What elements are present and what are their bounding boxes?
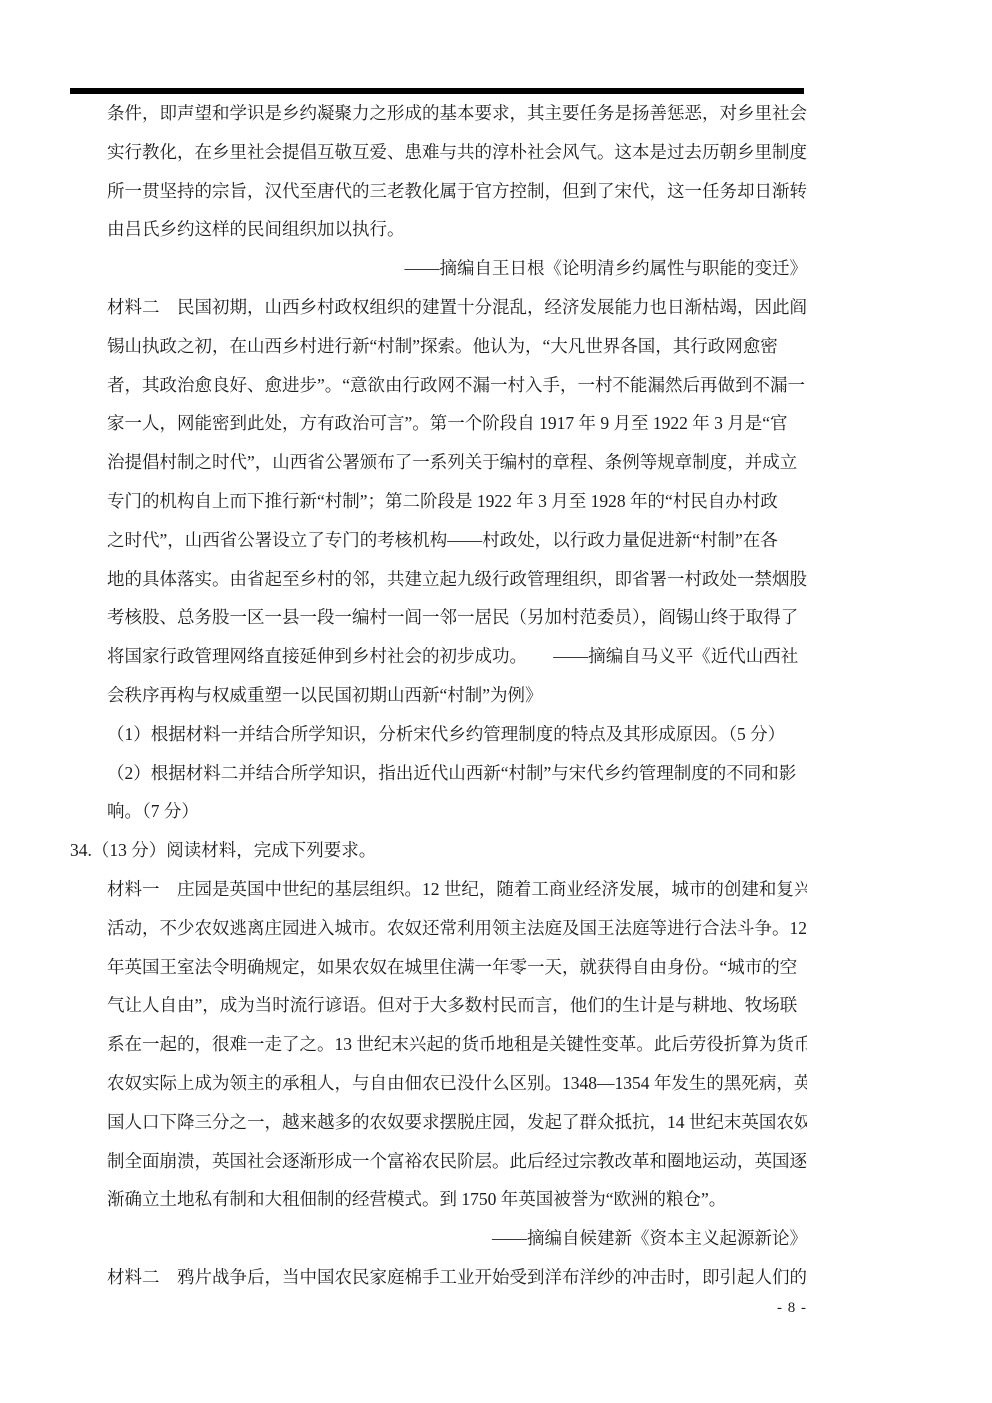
text-line: 制全面崩溃，英国社会逐渐形成一个富裕农民阶层。此后经过宗教改革和圈地运动，英国逐 — [107, 1142, 807, 1181]
text-line: 锡山执政之初，在山西乡村进行新“村制”探索。他认为，“大凡世界各国，其行政网愈密 — [107, 327, 807, 366]
text-line: 材料二 民国初期，山西乡村政权组织的建置十分混乱，经济发展能力也日渐枯竭，因此阎 — [107, 288, 807, 327]
text-line: 实行教化，在乡里社会提倡互敬互爱、患难与共的淳朴社会风气。这本是过去历朝乡里制度 — [107, 133, 807, 172]
text-line: 地的具体落实。由省起至乡村的邻，共建立起九级行政管理组织，即省署一村政处一禁烟股… — [107, 560, 807, 599]
text-line: 之时代”，山西省公署设立了专门的考核机构——村政处，以行政力量促进新“村制”在各 — [107, 521, 807, 560]
text-line: 系在一起的，很难一走了之。13 世纪末兴起的货币地租是关键性变革。此后劳役折算为… — [107, 1025, 807, 1064]
text-line: 材料一 庄园是英国中世纪的基层组织。12 世纪，随着工商业经济发展，城市的创建和… — [107, 870, 807, 909]
document-page: 条件，即声望和学识是乡约凝聚力之形成的基本要求，其主要任务是扬善惩恶，对乡里社会… — [0, 0, 992, 1403]
text-line: 农奴实际上成为领主的承租人，与自由佃农已没什么区别。1348—1354 年发生的… — [107, 1064, 807, 1103]
text-line: 材料二 鸦片战争后，当中国农民家庭棉手工业开始受到洋布洋纱的冲击时，即引起人们的 — [107, 1258, 807, 1297]
text-line: ——摘编自王日根《论明清乡约属性与职能的变迁》 — [107, 249, 807, 288]
text-line: （2）根据材料二并结合所学知识，指出近代山西新“村制”与宋代乡约管理制度的不同和… — [107, 754, 807, 793]
text-line: 家一人，网能密到此处，方有政治可言”。第一个阶段自 1917 年 9 月至 19… — [107, 404, 807, 443]
text-line: 专门的机构自上而下推行新“村制”；第二阶段是 1922 年 3 月至 1928 … — [107, 482, 807, 521]
text-line: 年英国王室法令明确规定，如果农奴在城里住满一年零一天，就获得自由身份。“城市的空 — [107, 948, 807, 987]
text-line: 国人口下降三分之一，越来越多的农奴要求摆脱庄园，发起了群众抵抗，14 世纪末英国… — [107, 1103, 807, 1142]
text-line: 考核股、总务股一区一县一段一编村一闾一邻一居民（另加村范委员），阎锡山终于取得了 — [107, 598, 807, 637]
text-line: 治提倡村制之时代”，山西省公署颁布了一系列关于编村的章程、条例等规章制度，并成立 — [107, 443, 807, 482]
text-line: （1）根据材料一并结合所学知识，分析宋代乡约管理制度的特点及其形成原因。（5 分… — [107, 715, 807, 754]
text-line: 者，其政治愈良好、愈进步”。“意欲由行政网不漏一村入手，一村不能漏然后再做到不漏… — [107, 366, 807, 405]
text-line: 34.（13 分）阅读材料，完成下列要求。 — [70, 831, 807, 870]
text-line: 将国家行政管理网络直接延伸到乡村社会的初步成功。 ——摘编自马义平《近代山西社 — [107, 637, 807, 676]
text-line: 渐确立土地私有制和大租佃制的经营模式。到 1750 年英国被誉为“欧洲的粮仓”。 — [107, 1180, 807, 1219]
page-number: - 8 - — [70, 1300, 807, 1317]
text-line: 会秩序再构与权威重塑一以民国初期山西新“村制”为例》 — [107, 676, 807, 715]
text-line: 气让人自由”，成为当时流行谚语。但对于大多数村民而言，他们的生计是与耕地、牧场联 — [107, 986, 807, 1025]
text-line: 条件，即声望和学识是乡约凝聚力之形成的基本要求，其主要任务是扬善惩恶，对乡里社会 — [107, 94, 807, 133]
text-line: 所一贯坚持的宗旨，汉代至唐代的三老教化属于官方控制，但到了宋代，这一任务却日渐转 — [107, 172, 807, 211]
text-line: 响。（7 分） — [107, 792, 807, 831]
text-line: 由吕氏乡约这样的民间组织加以执行。 — [107, 210, 807, 249]
text-line: 活动，不少农奴逃离庄园进入城市。农奴还常利用领主法庭及国王法庭等进行合法斗争。1… — [107, 909, 807, 948]
text-line: ——摘编自候建新《资本主义起源新论》 — [107, 1219, 807, 1258]
document-lines: 条件，即声望和学识是乡约凝聚力之形成的基本要求，其主要任务是扬善惩恶，对乡里社会… — [70, 94, 807, 1297]
